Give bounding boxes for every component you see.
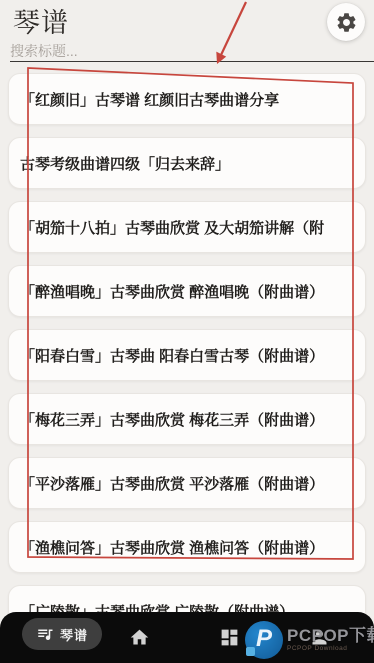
- list-item[interactable]: 「渔樵问答」古琴曲欣赏 渔樵问答（附曲谱）: [8, 521, 366, 573]
- list-item-title: 「醉渔唱晚」古琴曲欣赏 醉渔唱晚（附曲谱）: [20, 281, 363, 302]
- list-item[interactable]: 「梅花三弄」古琴曲欣赏 梅花三弄（附曲谱）: [8, 393, 366, 445]
- list-item-title: 「阳春白雪」古琴曲 阳春白雪古琴（附曲谱）: [20, 345, 363, 366]
- bottom-navigation-bar: 琴谱: [0, 612, 374, 663]
- nav-tab-categories[interactable]: [217, 625, 241, 649]
- list-item[interactable]: 「胡笳十八拍」古琴曲欣赏 及大胡笳讲解（附: [8, 201, 366, 253]
- nav-tab-home[interactable]: [127, 625, 151, 649]
- person-icon: [309, 627, 330, 648]
- list-item-title: 「渔樵问答」古琴曲欣赏 渔樵问答（附曲谱）: [20, 537, 363, 558]
- nav-tab-sheet-music[interactable]: 琴谱: [22, 618, 102, 650]
- list-item[interactable]: 「红颜旧」古琴谱 红颜旧古琴曲谱分享: [8, 73, 366, 125]
- dashboard-grid-icon: [219, 627, 240, 648]
- search-input[interactable]: [10, 41, 374, 62]
- list-item[interactable]: 「醉渔唱晚」古琴曲欣赏 醉渔唱晚（附曲谱）: [8, 265, 366, 317]
- nav-tab-profile[interactable]: [307, 625, 331, 649]
- list-item-title: 「胡笳十八拍」古琴曲欣赏 及大胡笳讲解（附: [20, 217, 363, 238]
- list-item[interactable]: 「阳春白雪」古琴曲 阳春白雪古琴（附曲谱）: [8, 329, 366, 381]
- gear-icon: [335, 11, 358, 34]
- list-item-title: 古琴考级曲谱四级「归去来辞」: [20, 153, 363, 174]
- playlist-music-icon: [36, 625, 54, 643]
- list-item[interactable]: 古琴考级曲谱四级「归去来辞」: [8, 137, 366, 189]
- home-icon: [129, 627, 150, 648]
- settings-button[interactable]: [327, 3, 365, 41]
- list-item-title: 「梅花三弄」古琴曲欣赏 梅花三弄（附曲谱）: [20, 409, 363, 430]
- sheet-music-list: 「红颜旧」古琴谱 红颜旧古琴曲谱分享 古琴考级曲谱四级「归去来辞」 「胡笳十八拍…: [8, 73, 366, 637]
- nav-tab-label: 琴谱: [60, 625, 88, 644]
- list-item-title: 「红颜旧」古琴谱 红颜旧古琴曲谱分享: [20, 89, 363, 110]
- page-title: 琴谱: [13, 1, 69, 40]
- list-item[interactable]: 「平沙落雁」古琴曲欣赏 平沙落雁（附曲谱）: [8, 457, 366, 509]
- list-item-title: 「平沙落雁」古琴曲欣赏 平沙落雁（附曲谱）: [20, 473, 363, 494]
- app-screen: 琴谱 「红颜旧」古琴谱 红颜旧古琴曲谱分享 古琴考级曲谱四级「归去来辞」 「胡笳…: [0, 0, 374, 663]
